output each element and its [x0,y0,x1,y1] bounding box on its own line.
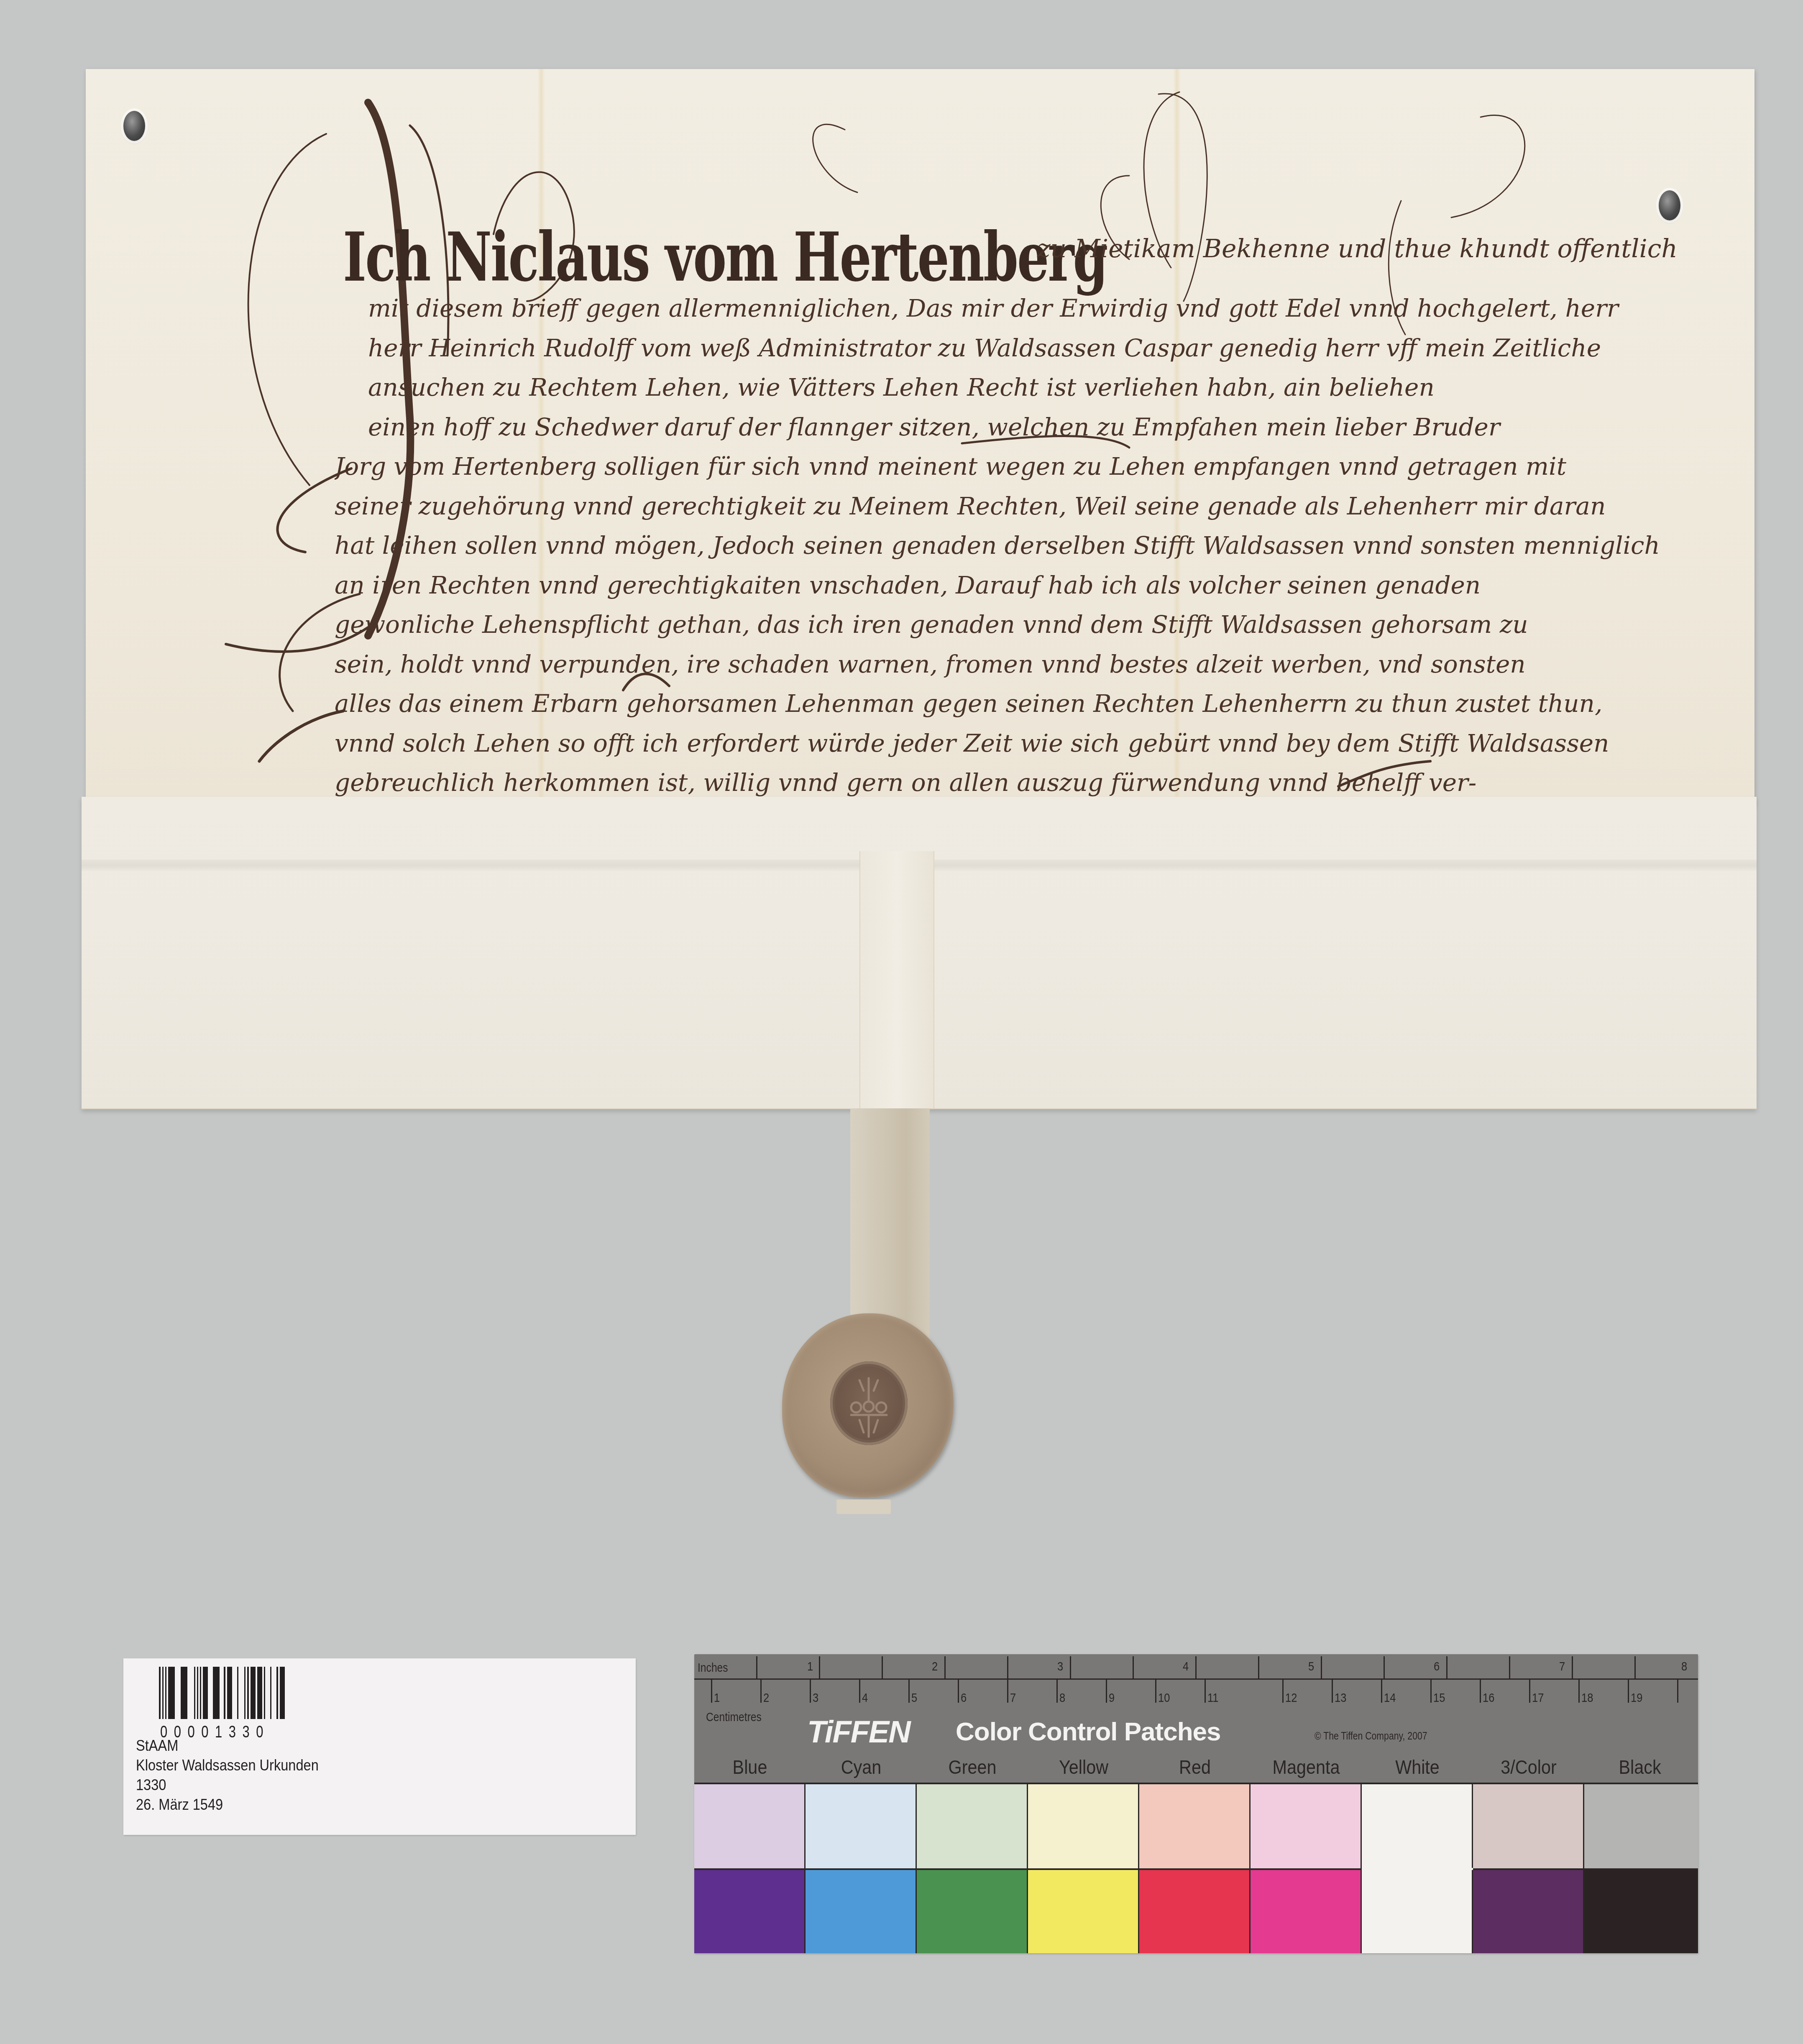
cm-number: 8 [1059,1691,1065,1705]
patch-label-red: Red [1146,1755,1244,1778]
inches-label: Inches [698,1661,728,1675]
right-punch-hole-icon [1659,190,1680,220]
cm-number: 4 [862,1691,868,1705]
patch-label-blue: Blue [701,1755,799,1778]
left-punch-hole-icon [123,111,145,141]
collection-name: Kloster Waldsassen Urkunden [136,1755,319,1775]
patch-label-white: White [1368,1755,1466,1778]
copyright-notice: © The Tiffen Company, 2007 [1315,1730,1427,1742]
patch-green-dark [917,1870,1028,1953]
patch-label-magenta: Magenta [1257,1755,1355,1778]
patch-white-dark [1362,1870,1473,1953]
text-line: vnnd solch Lehen so offt ich erfordert w… [335,724,1748,763]
cm-number: 12 [1285,1691,1297,1705]
tiffen-logo: TiFFEN [807,1714,910,1750]
cm-number: 1 [714,1691,720,1705]
patch-yellow-light [1028,1784,1139,1868]
patch-3color-dark [1473,1870,1584,1953]
archive-label-text: StAAM Kloster Waldsassen Urkunden 1330 2… [136,1736,319,1814]
patch-magenta-dark [1251,1870,1362,1953]
charter-heading: Ich Niclaus vom Hertenberg [343,217,1107,297]
patch-blue-dark [694,1870,806,1953]
text-line: sein, holdt vnnd verpunden, ire schaden … [335,645,1748,684]
cm-number: 9 [1109,1691,1115,1705]
patch-cyan-dark [806,1870,917,1953]
text-line: gewonliche Lehenspflicht gethan, das ich… [335,605,1748,645]
light-patch-row [694,1784,1698,1868]
cm-number: 11 [1207,1691,1218,1705]
text-line: alles das einem Erbarn gehorsamen Lehenm… [335,684,1748,724]
cm-number: 19 [1631,1691,1642,1705]
patch-cyan-light [806,1784,917,1868]
chart-title: Color Control Patches [956,1717,1221,1747]
patch-red-dark [1139,1870,1251,1953]
centimetres-label: Centimetres [706,1711,762,1724]
inch-number: 7 [1559,1660,1565,1674]
patch-label-black: Black [1591,1755,1689,1778]
barcode-icon [159,1667,286,1719]
document-date: 26. März 1549 [136,1795,319,1814]
cm-number: 14 [1384,1691,1396,1705]
text-line: herr Heinrich Rudolff vom weß Administra… [368,328,1748,368]
patch-black-light [1584,1784,1698,1868]
patch-blue-light [694,1784,806,1868]
cm-number: 17 [1532,1691,1544,1705]
patch-3color-light [1473,1784,1584,1868]
seal-coat-of-arms-icon [830,1361,908,1445]
text-line: Jorg vom Hertenberg solligen für sich vn… [335,447,1748,486]
patch-label-3color: 3/Color [1480,1755,1578,1778]
patch-label-yellow: Yellow [1035,1755,1133,1778]
text-line: ansuchen zu Rechtem Lehen, wie Vätters L… [368,368,1748,407]
cm-number: 10 [1158,1691,1170,1705]
text-line: mit diesem brieff gegen allermennigliche… [368,289,1748,328]
inch-number: 2 [932,1660,938,1674]
inch-number: 6 [1434,1660,1440,1674]
patch-green-light [917,1784,1028,1868]
fleur-de-lis-icon [830,1361,908,1445]
cm-number: 5 [911,1691,917,1705]
archive-name: StAAM [136,1736,319,1755]
cm-number: 6 [961,1691,967,1705]
cm-number: 13 [1335,1691,1346,1705]
inch-number: 3 [1057,1660,1063,1674]
cm-number: 15 [1433,1691,1445,1705]
inch-number: 8 [1681,1660,1687,1674]
inch-number: 5 [1308,1660,1314,1674]
patch-red-light [1139,1784,1251,1868]
document-number: 1330 [136,1775,319,1795]
patch-label-green: Green [923,1755,1021,1778]
patch-label-cyan: Cyan [812,1755,910,1778]
seal-strap-end [836,1499,891,1514]
text-line: an iren Rechten vnnd gerechtigkaiten vns… [335,565,1748,605]
inch-number: 4 [1183,1660,1189,1674]
dark-patch-row [694,1870,1698,1953]
cm-number: 3 [813,1691,818,1705]
text-line: seiner zugehörung vnnd gerechtigkeit zu … [335,486,1748,526]
cm-number: 7 [1010,1691,1016,1705]
text-line: einen hoff zu Schedwer daruf der flannge… [368,407,1748,447]
patch-yellow-dark [1028,1870,1139,1953]
cm-number: 16 [1483,1691,1494,1705]
patch-white-light [1362,1784,1473,1868]
cm-number: 18 [1581,1691,1593,1705]
seal-strap-through-plica [859,851,934,1108]
inch-number: 1 [807,1660,813,1674]
charter-heading-continuation: zu Mietikam Bekhenne und thue khundt off… [1037,234,1678,263]
patch-black-dark [1584,1870,1698,1953]
text-line: hat leihen sollen vnnd mögen, Jedoch sei… [335,526,1748,565]
cm-number: 2 [763,1691,769,1705]
patch-magenta-light [1251,1784,1362,1868]
